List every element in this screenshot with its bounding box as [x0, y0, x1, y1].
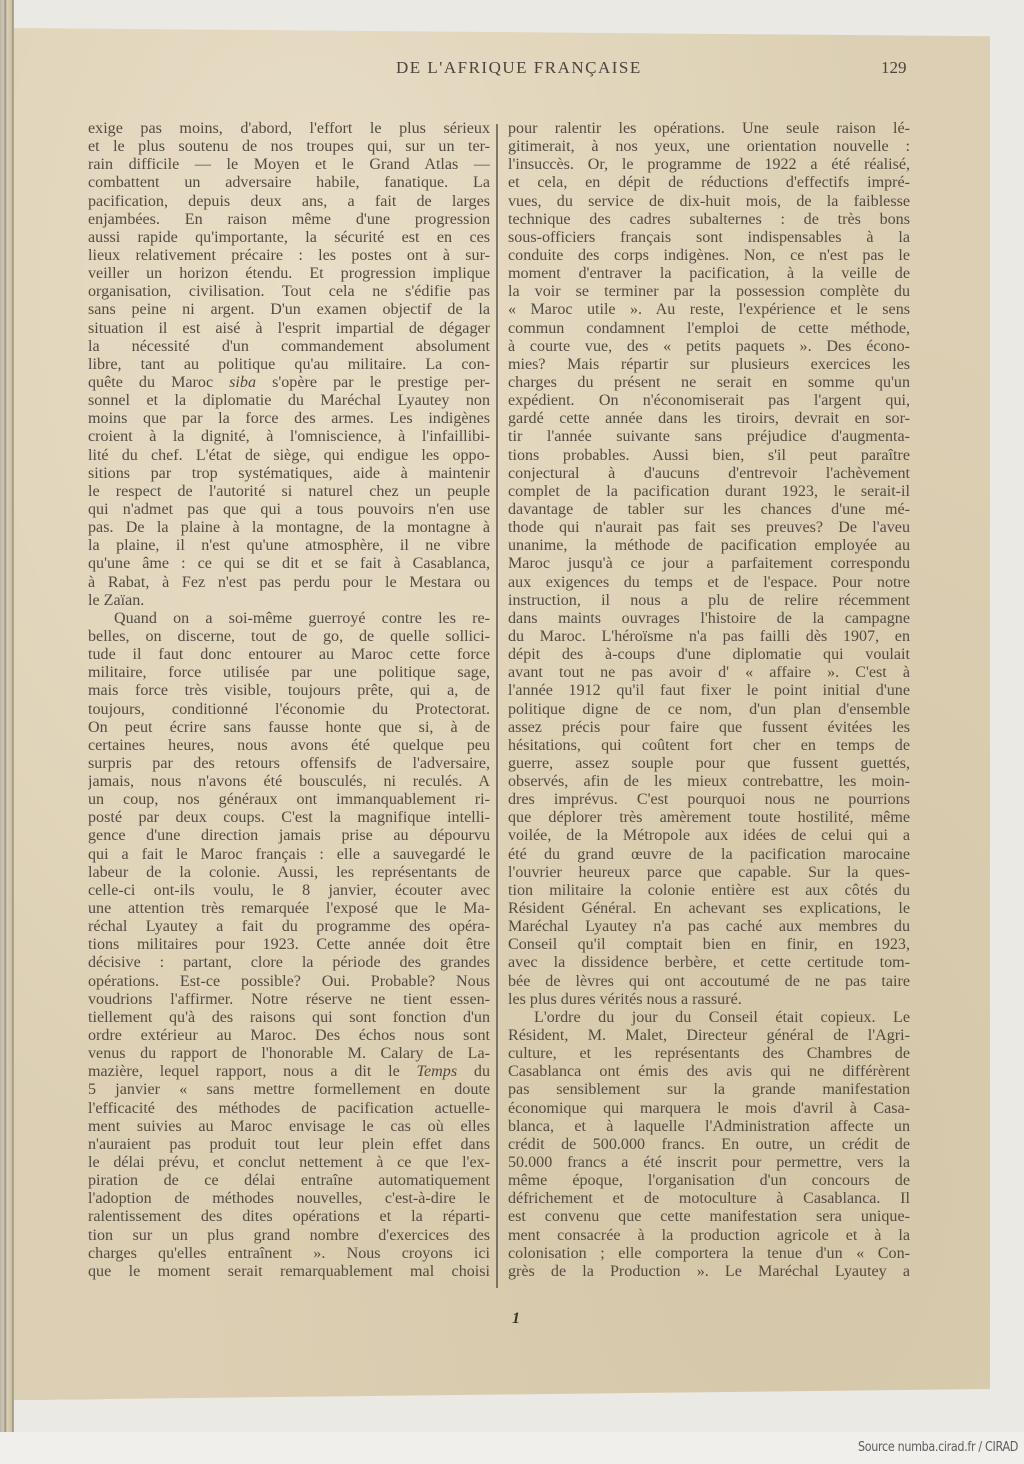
text-run: s'opère par le prestige per-: [256, 374, 490, 391]
text-line: défrichement et de motoculture à Casabla…: [508, 1190, 910, 1208]
text-line: gardé cette année dans les tiroirs, devr…: [508, 410, 910, 428]
text-line: tiellement qu'à des raisons qui sont fon…: [88, 1009, 490, 1027]
text-line: est convenu que cette manifestation sera…: [508, 1208, 910, 1226]
running-title: DE L'AFRIQUE FRANÇAISE: [396, 58, 642, 78]
text-line: économique qui marquera le mois d'avril …: [508, 1100, 910, 1118]
text-line: Maroc jusqu'à ce jour a parfaitement cor…: [508, 555, 910, 573]
column-divider-rule: [496, 124, 498, 1288]
text-line: veiller un horizon étendu. Et progressio…: [88, 265, 490, 283]
text-line: été du grand œuvre de la pacification ma…: [508, 846, 910, 864]
text-line: qu'une âme : ce qui se dit et se fait à …: [88, 555, 490, 573]
text-line: colonisation ; elle comportera la tenue …: [508, 1245, 910, 1263]
text-line: On peut écrire sans fausse honte que si,…: [88, 719, 490, 737]
text-line: guerre, assez souple pour que fussent gu…: [508, 755, 910, 773]
text-line: l'insuccès. Or, le programme de 1922 a é…: [508, 156, 910, 174]
text-line: tude il faut donc entourer au Maroc cett…: [88, 646, 490, 664]
text-line: blanca, et à laquelle l'Administration a…: [508, 1118, 910, 1136]
text-line: thode qui n'aurait pas fait ses preuves?…: [508, 519, 910, 537]
text-line: charges qu'elles entraînent ». Nous croy…: [88, 1245, 490, 1263]
text-line: crédit de 500.000 francs. En outre, un c…: [508, 1136, 910, 1154]
text-line: bée de lèvres qui ont accoutumé de ne pa…: [508, 973, 910, 991]
text-line: davantage de tabler sur les chances d'un…: [508, 501, 910, 519]
text-line: charges du présent ne serait en somme qu…: [508, 374, 910, 392]
printer-signature-mark: 1: [512, 1310, 520, 1328]
text-line: celle-ci ont-ils voulu, le 8 janvier, éc…: [88, 882, 490, 900]
text-line: réchal Lyautey a fait du programme des o…: [88, 918, 490, 936]
text-line: aux exigences du temps et de l'espace. P…: [508, 574, 910, 592]
text-line: gitimerait, à nos yeux, une orientation …: [508, 138, 910, 156]
text-line: Conseil qu'il comptait bien en finir, en…: [508, 936, 910, 954]
text-line: toujours, conditionné l'économie du Prot…: [88, 701, 490, 719]
text-line: lité du chef. L'état de siège, qui endig…: [88, 447, 490, 465]
text-line: Maréchal Lyautey n'a pas caché aux membr…: [508, 918, 910, 936]
text-line: unanime, la méthode de pacification empl…: [508, 537, 910, 555]
text-line: sans peine ni argent. D'un examen object…: [88, 301, 490, 319]
text-line: lieux relativement précaire : les postes…: [88, 247, 490, 265]
text-column-left: exige pas moins, d'abord, l'effort le pl…: [88, 120, 490, 1300]
text-line: technique des cadres subalternes : de tr…: [508, 211, 910, 229]
text-line: que le moment serait remarquablement mal…: [88, 1263, 490, 1281]
text-line: assez précis pour faire que fussent évit…: [508, 719, 910, 737]
text-line: culture, et les représentants des Chambr…: [508, 1045, 910, 1063]
text-line: même époque, l'organisation d'un concour…: [508, 1172, 910, 1190]
text-line: dres imprévus. C'est pourquoi nous ne po…: [508, 791, 910, 809]
text-line: dans maints ouvrages l'histoire de la ca…: [508, 610, 910, 628]
text-line: complet de la pacification durant 1923, …: [508, 483, 910, 501]
text-line: expédient. On n'économiserait pas l'arge…: [508, 392, 910, 410]
text-line: gence d'une direction jamais prise au dé…: [88, 827, 490, 845]
text-line: mais force très visible, toujours prête,…: [88, 682, 490, 700]
text-line: tir l'année suivante sans préjudice d'au…: [508, 428, 910, 446]
text-line: sonnel et la diplomatie du Maréchal Lyau…: [88, 392, 490, 410]
text-line: hésitations, qui coûtent fort cher en te…: [508, 737, 910, 755]
text-line: la voir se terminer par la possession co…: [508, 283, 910, 301]
text-line: l'efficacité des méthodes de pacificatio…: [88, 1100, 490, 1118]
text-line: enjambées. En raison même d'une progress…: [88, 211, 490, 229]
source-credit: Source numba.cirad.fr / CIRAD: [858, 1440, 1018, 1455]
text-line: 5 janvier « sans mettre formellement en …: [88, 1081, 490, 1099]
text-line: vues, du service de dix-huit mois, de la…: [508, 193, 910, 211]
text-line: posté par deux coups. C'est la magnifiqu…: [88, 809, 490, 827]
italic-term: siba: [229, 374, 256, 391]
text-line: n'auraient pas produit tout leur plein e…: [88, 1136, 490, 1154]
text-line: l'adoption de méthodes nouvelles, c'est-…: [88, 1190, 490, 1208]
text-line: exige pas moins, d'abord, l'effort le pl…: [88, 120, 490, 138]
text-line: décisive : partant, clore la période des…: [88, 954, 490, 972]
text-line: à courte vue, des « petits paquets ». De…: [508, 338, 910, 356]
text-line: les plus dures vérités nous a rassuré.: [508, 991, 910, 1009]
text-line: le respect de l'autorité si naturel chez…: [88, 483, 490, 501]
text-line: pas. De la plaine à la montagne, de la m…: [88, 519, 490, 537]
text-line: tion militaire la colonie entière est au…: [508, 882, 910, 900]
text-line: situation il est aisé à l'esprit imparti…: [88, 320, 490, 338]
text-line: et le plus soutenu de nos troupes qui, s…: [88, 138, 490, 156]
text-line: 50.000 francs a été inscrit pour permett…: [508, 1154, 910, 1172]
italic-term: Temps: [417, 1063, 458, 1080]
text-line: sitions par trop systématiques, aide à m…: [88, 465, 490, 483]
text-line: jamais, nous n'avons été bousculés, ni r…: [88, 773, 490, 791]
text-line: le Zaïan.: [88, 592, 490, 610]
text-run: du: [457, 1063, 490, 1080]
text-line: tions militaires pour 1923. Cette année …: [88, 936, 490, 954]
book-spine-edge: [0, 0, 14, 1432]
text-line: Casablanca ont émis des avis qui ne diff…: [508, 1063, 910, 1081]
text-line: à Rabat, à Fez n'est pas perdu pour le M…: [88, 574, 490, 592]
text-line: moins que par la force des armes. Les in…: [88, 410, 490, 428]
text-line: que déplorer très amèrement toute hostil…: [508, 809, 910, 827]
text-line: opérations. Est-ce possible? Oui. Probab…: [88, 973, 490, 991]
text-line: aussi rapide qu'importante, la sécurité …: [88, 229, 490, 247]
text-line: voudrions l'affirmer. Notre réserve ne t…: [88, 991, 490, 1009]
text-line: quête du Maroc siba s'opère par le prest…: [88, 374, 490, 392]
text-line: Résident, M. Malet, Directeur général de…: [508, 1027, 910, 1045]
running-header: DE L'AFRIQUE FRANÇAISE 129: [14, 58, 990, 82]
text-line: grès de la Production ». Le Maréchal Lya…: [508, 1263, 910, 1281]
text-line: dépit des à-coups d'une diplomatie qui v…: [508, 646, 910, 664]
text-line: politique digne de ce nom, d'un plan d'e…: [508, 701, 910, 719]
text-line: belles, on discerne, tout de go, de quel…: [88, 628, 490, 646]
text-line: surpris par des retours offensifs de l'a…: [88, 755, 490, 773]
text-line: un coup, nos généraux ont immanquablemen…: [88, 791, 490, 809]
text-line: voilée, de la Métropole aux idées de cel…: [508, 827, 910, 845]
text-line: ralentissement des dites opérations et l…: [88, 1208, 490, 1226]
text-line: libre, tant au politique qu'au militaire…: [88, 356, 490, 374]
text-line: ment suivies au Maroc envisage le cas où…: [88, 1118, 490, 1136]
text-line: « Maroc utile ». Au reste, l'expérience …: [508, 301, 910, 319]
text-line: la plaine, il n'est qu'une atmosphère, i…: [88, 537, 490, 555]
text-line: l'ouvrier heureux parce que capable. Sur…: [508, 864, 910, 882]
text-line: piration de ce délai entraîne automatiqu…: [88, 1172, 490, 1190]
text-line: pour ralentir les opérations. Une seule …: [508, 120, 910, 138]
text-line: tions probables. Aussi bien, s'il peut p…: [508, 447, 910, 465]
text-line: avec la dissidence berbère, et cette cer…: [508, 954, 910, 972]
page-number: 129: [881, 58, 907, 78]
text-line: moment d'entraver la pacification, à la …: [508, 265, 910, 283]
text-line: conduite des corps indigènes. Non, ce n'…: [508, 247, 910, 265]
text-line: avant tout ne pas avoir d' « affaire ». …: [508, 664, 910, 682]
text-line: ment consacrée à la production agricole …: [508, 1227, 910, 1245]
text-line: ordre extérieur au Maroc. Des échos nous…: [88, 1027, 490, 1045]
text-line: Quand on a soi-même guerroyé contre les …: [88, 610, 490, 628]
text-line: rain difficile — le Moyen et le Grand At…: [88, 156, 490, 174]
text-line: mazière, lequel rapport, nous a dit le T…: [88, 1063, 490, 1081]
text-line: organisation, civilisation. Tout cela ne…: [88, 283, 490, 301]
text-line: pacification, depuis deux ans, a fait de…: [88, 193, 490, 211]
text-line: la nécessité d'un commandement absolumen…: [88, 338, 490, 356]
text-line: combattent un adversaire habile, fanatiq…: [88, 174, 490, 192]
text-line: pas sensiblement sur la grande manifesta…: [508, 1081, 910, 1099]
text-line: mies? Mais répartir sur plusieurs exerci…: [508, 356, 910, 374]
text-line: et cela, en dépit de réductions d'effect…: [508, 174, 910, 192]
text-line: labeur de la colonie. Aussi, les représe…: [88, 864, 490, 882]
text-line: instruction, il nous a plu de relire réc…: [508, 592, 910, 610]
text-line: L'ordre du jour du Conseil était copieux…: [508, 1009, 910, 1027]
text-line: l'année 1912 qu'il faut fixer le point i…: [508, 682, 910, 700]
text-line: conjectural à d'aucuns d'entrevoir l'ach…: [508, 465, 910, 483]
text-column-right: pour ralentir les opérations. Une seule …: [508, 120, 910, 1300]
text-line: le délai prévu, et conclut nettement à c…: [88, 1154, 490, 1172]
text-line: du Maroc. L'héroïsme n'a pas failli dès …: [508, 628, 910, 646]
text-line: observés, afin de les mieux contrebattre…: [508, 773, 910, 791]
text-line: qui n'admet pas que qui a tous pouvoirs …: [88, 501, 490, 519]
text-line: militaire, force utilisée par une politi…: [88, 664, 490, 682]
text-line: croient à la dignité, à l'omniscience, à…: [88, 428, 490, 446]
text-line: venus du rapport de l'honorable M. Calar…: [88, 1045, 490, 1063]
text-run: quête du Maroc: [88, 374, 229, 391]
text-line: commun condamnent l'emploi de cette méth…: [508, 320, 910, 338]
text-line: sous-officiers français sont indispensab…: [508, 229, 910, 247]
text-line: tion sur un plus grand nombre d'exercice…: [88, 1227, 490, 1245]
text-line: Résident Général. En achevant ses explic…: [508, 900, 910, 918]
text-line: certaines heures, nous avons été quelque…: [88, 737, 490, 755]
text-line: une attention très remarquée l'exposé qu…: [88, 900, 490, 918]
text-run: mazière, lequel rapport, nous a dit le: [88, 1063, 417, 1080]
text-line: qui a fait le Maroc français : elle a sa…: [88, 846, 490, 864]
